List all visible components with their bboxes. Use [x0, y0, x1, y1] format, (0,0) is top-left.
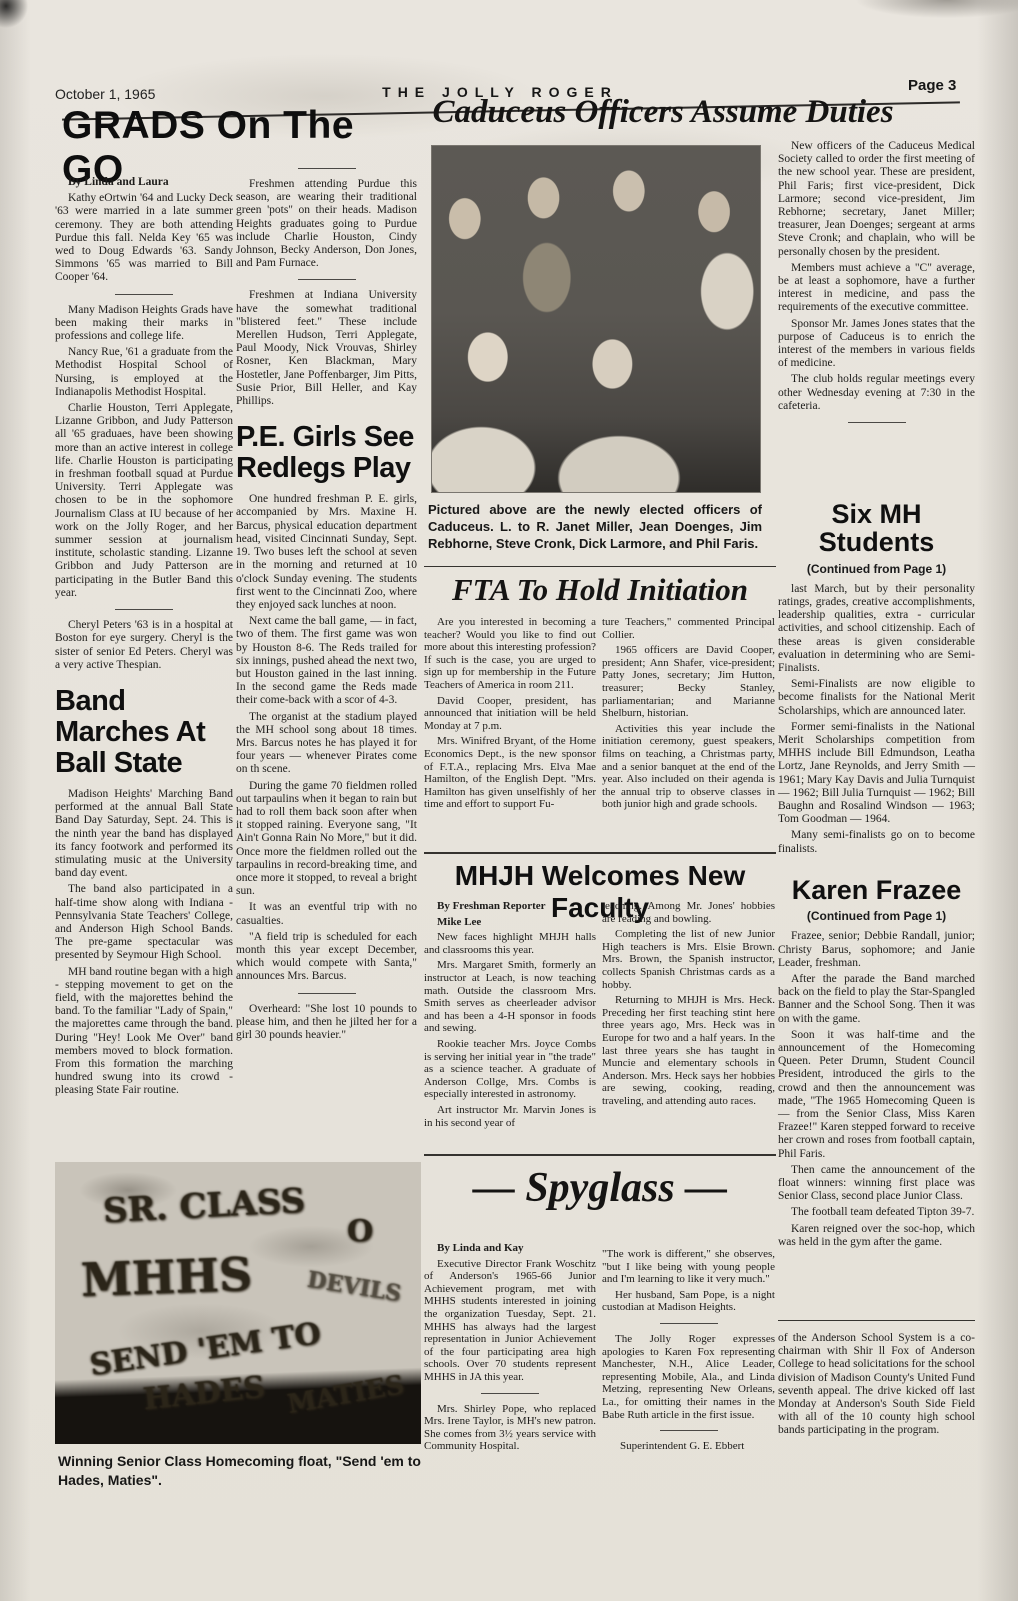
section-rule: [424, 566, 776, 567]
article-paragraph: ture Teachers," commented Principal Coll…: [602, 616, 775, 641]
float-graffiti-line: SEND 'EM TO: [88, 1316, 323, 1383]
paragraph-divider: [298, 279, 356, 280]
caduceus-photo-caption: Pictured above are the newly elected off…: [428, 502, 762, 553]
paragraph-divider: [298, 168, 356, 169]
page-number: Page 3: [908, 77, 956, 94]
article-paragraph: Next came the ball game, — in fact, two …: [236, 615, 417, 707]
article-paragraph: Rookie teacher Mrs. Joyce Combs is servi…: [424, 1038, 596, 1101]
article-paragraph: last March, but by their personality rat…: [778, 583, 975, 675]
paragraph-divider: [848, 422, 906, 423]
paragraph-divider: [115, 609, 173, 610]
article-paragraph: "A field trip is scheduled for each mont…: [236, 931, 417, 984]
grads-column-2: Freshmen attending Purdue this season, a…: [236, 168, 417, 1045]
fta-headline: FTA To Hold Initiation: [424, 572, 776, 608]
paragraph-divider: [298, 993, 356, 994]
float-graffiti-line: MATIES: [285, 1370, 406, 1420]
article-paragraph: Art instructor Mr. Marvin Jones is in hi…: [424, 1104, 596, 1129]
article-paragraph: Madison Heights' Marching Band performed…: [55, 788, 233, 880]
article-paragraph: Mrs. Winifred Bryant, of the Home Econom…: [424, 735, 596, 811]
article-paragraph: Then came the announcement of the float …: [778, 1164, 975, 1204]
article-paragraph: The organist at the stadium played the M…: [236, 711, 417, 777]
article-paragraph: Freshmen attending Purdue this season, a…: [236, 178, 417, 270]
article-paragraph: 1965 officers are David Cooper, presiden…: [602, 644, 775, 720]
float-graffiti-line: DEVILS: [306, 1267, 403, 1307]
article-paragraph: During the game 70 fieldmen rolled out t…: [236, 780, 417, 899]
fta-column-1: Are you interested in becoming a teacher…: [424, 616, 596, 814]
caduceus-officers-photo: [432, 146, 760, 492]
paragraph-divider: [660, 1323, 718, 1324]
article-paragraph: Charlie Houston, Terri Applegate, Lizann…: [55, 402, 233, 600]
article-paragraph: Nancy Rue, '61 a graduate from the Metho…: [55, 346, 233, 399]
paragraph-divider: [660, 1430, 718, 1431]
article-paragraph: Returning to MHJH is Mrs. Heck. Precedin…: [602, 994, 775, 1107]
article-paragraph: Mrs. Shirley Pope, who replaced Mrs. Ire…: [424, 1403, 596, 1453]
article-paragraph: Her husband, Sam Pope, is a night custod…: [602, 1289, 775, 1314]
paragraph-divider: [115, 294, 173, 295]
six-mh-headline: Six MH Students: [778, 500, 975, 557]
article-paragraph: Cheryl Peters '63 is in a hospital at Bo…: [55, 619, 233, 672]
article-paragraph: Completing the list of new Junior High t…: [602, 928, 775, 991]
article-paragraph: Many Madison Heights Grads have been mak…: [55, 304, 233, 344]
spyglass-headline: — Spyglass —: [424, 1164, 776, 1212]
article-paragraph: New officers of the Caduceus Medical Soc…: [778, 140, 975, 259]
mhjh-column-1: By Freshman Reporter Mike Lee New faces …: [424, 900, 596, 1132]
fta-column-2: ture Teachers," commented Principal Coll…: [602, 616, 775, 814]
article-paragraph: of the Anderson School System is a co-ch…: [778, 1332, 975, 1438]
float-graffiti-line: HADES: [142, 1370, 267, 1418]
continued-note: (Continued from Page 1): [778, 909, 975, 923]
section-rule: [424, 1154, 776, 1156]
mhjh-byline: By Freshman Reporter: [424, 900, 596, 913]
pe-headline: P.E. Girls See Redlegs Play: [236, 422, 417, 484]
caduceus-article-column: New officers of the Caduceus Medical Soc…: [778, 140, 975, 432]
article-paragraph: "The work is different," she observes, "…: [602, 1248, 775, 1286]
six-mh-students-column: Six MH Students (Continued from Page 1) …: [778, 500, 975, 859]
article-paragraph: The band also participated in a half-tim…: [55, 883, 233, 962]
article-paragraph: Executive Director Frank Woschitz of And…: [424, 1258, 596, 1384]
article-paragraph: Are you interested in becoming a teacher…: [424, 616, 596, 692]
grads-column-1: By Linda and Laura Kathy eOrtwin '64 and…: [55, 176, 233, 1101]
homecoming-float-photo: SR. CLASS O MHHS DEVILS SEND 'EM TO HADE…: [55, 1162, 421, 1444]
article-paragraph: Mrs. Margaret Smith, formerly an instruc…: [424, 959, 596, 1035]
float-graffiti-line: MHHS: [80, 1247, 253, 1307]
article-paragraph: Semi-Finalists are now eligible to becom…: [778, 678, 975, 718]
section-rule: [778, 1320, 975, 1321]
article-paragraph: Freshmen at Indiana University have the …: [236, 289, 417, 408]
article-paragraph: After the parade the Band marched back o…: [778, 973, 975, 1026]
anderson-continuation-column: of the Anderson School System is a co-ch…: [778, 1332, 975, 1441]
article-paragraph: One hundred freshman P. E. girls, accomp…: [236, 493, 417, 612]
newspaper-page: October 1, 1965 THE JOLLY ROGER Page 3 G…: [0, 0, 1018, 1601]
article-paragraph: Soon it was half-time and the announceme…: [778, 1029, 975, 1161]
article-paragraph: Overheard: "She lost 10 pounds to please…: [236, 1003, 417, 1043]
continued-note: (Continued from Page 1): [778, 562, 975, 576]
float-graffiti-line: O: [347, 1214, 373, 1249]
article-paragraph: Frazee, senior; Debbie Randall, junior; …: [778, 930, 975, 970]
section-rule: [424, 852, 776, 854]
article-paragraph: Activities this year include the initiat…: [602, 723, 775, 811]
article-paragraph: The Jolly Roger expresses apologies to K…: [602, 1333, 775, 1421]
issue-date: October 1, 1965: [55, 86, 155, 102]
grads-byline: By Linda and Laura: [55, 176, 233, 189]
article-paragraph: Superintendent G. E. Ebbert: [602, 1440, 775, 1453]
karen-frazee-headline: Karen Frazee: [778, 876, 975, 904]
article-paragraph: Kathy eOrtwin '64 and Lucky Deck '63 wer…: [55, 192, 233, 284]
mhjh-byline-name: Mike Lee: [424, 916, 596, 929]
caduceus-headline: Caduceus Officers Assume Duties: [432, 94, 894, 131]
spyglass-column-2: "The work is different," she observes, "…: [602, 1248, 775, 1456]
article-paragraph: Karen reigned over the soc-hop, which wa…: [778, 1223, 975, 1249]
article-paragraph: The football team defeated Tipton 39-7.: [778, 1206, 975, 1219]
karen-frazee-column: Karen Frazee (Continued from Page 1) Fra…: [778, 876, 975, 1252]
spyglass-column-1: By Linda and Kay Executive Director Fran…: [424, 1242, 596, 1456]
article-paragraph: teaching. Among Mr. Jones' hobbies are r…: [602, 900, 775, 925]
mhjh-column-2: teaching. Among Mr. Jones' hobbies are r…: [602, 900, 775, 1111]
article-paragraph: It was an eventful trip with no casualti…: [236, 901, 417, 927]
article-paragraph: The club holds regular meetings every ot…: [778, 373, 975, 413]
article-paragraph: Many semi-finalists go on to become fina…: [778, 829, 975, 855]
article-paragraph: Sponsor Mr. James Jones states that the …: [778, 318, 975, 371]
article-paragraph: MH band routine began with a high - step…: [55, 966, 233, 1098]
float-photo-caption: Winning Senior Class Homecoming float, "…: [58, 1452, 430, 1490]
article-paragraph: New faces highlight MHJH halls and class…: [424, 931, 596, 956]
float-graffiti-line: SR. CLASS: [102, 1181, 306, 1232]
paragraph-divider: [481, 1393, 539, 1394]
article-paragraph: Former semi-finalists in the National Me…: [778, 721, 975, 827]
band-headline: Band Marches At Ball State: [55, 686, 233, 779]
spyglass-byline: By Linda and Kay: [424, 1242, 596, 1255]
article-paragraph: David Cooper, president, has announced t…: [424, 695, 596, 733]
article-paragraph: Members must achieve a "C" average, be a…: [778, 262, 975, 315]
